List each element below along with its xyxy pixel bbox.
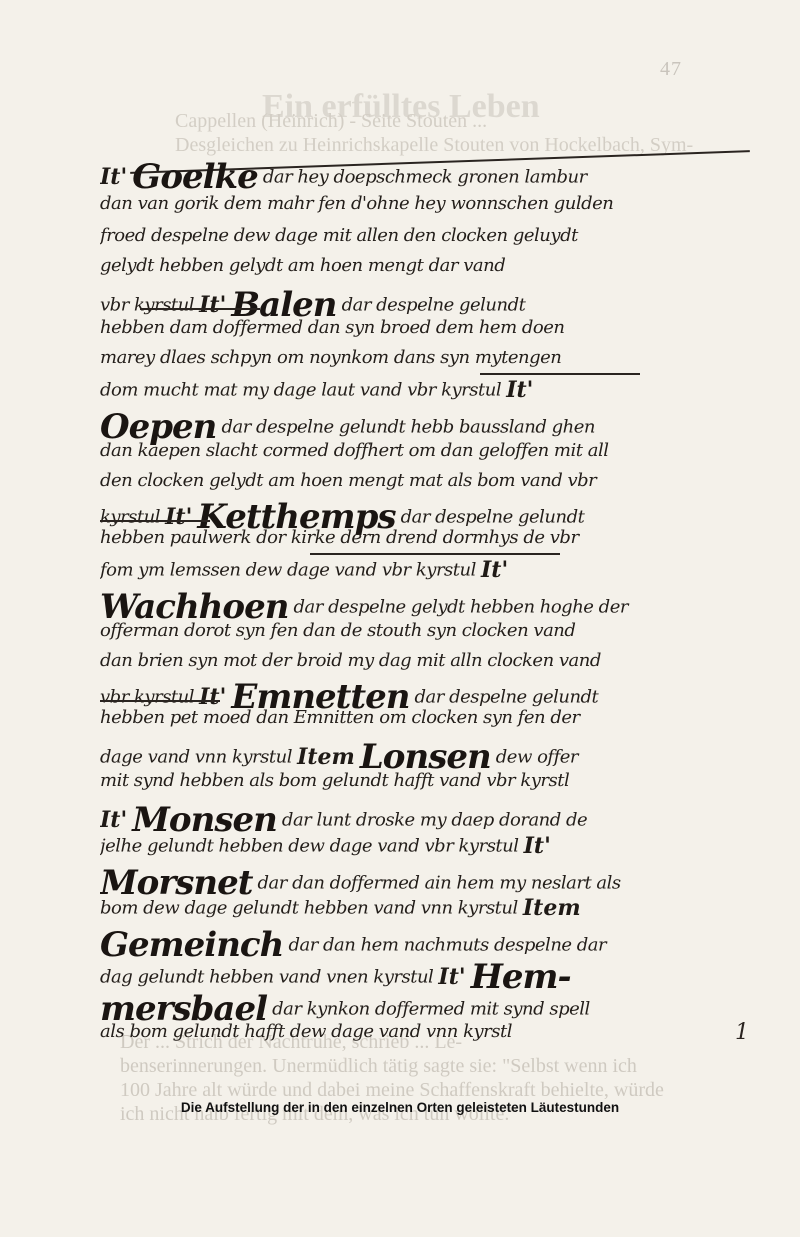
manuscript-text: gelydt hebben gelydt am hoen mengt dar v…	[100, 255, 505, 276]
item-marker: It'	[481, 557, 508, 583]
manuscript-text: mit synd hebben als bom gelundt hafft va…	[100, 770, 569, 791]
manuscript-text: hebben pet moed dan Emnitten om clocken …	[100, 707, 580, 728]
item-marker: It'	[100, 164, 127, 190]
underline-rule	[100, 700, 220, 702]
manuscript-text: den clocken gelydt am hoen mengt mat als…	[100, 470, 596, 491]
manuscript-text: dew offer	[496, 747, 578, 768]
manuscript-line: It' Goelke dar hey doepschmeck gronen la…	[100, 157, 780, 197]
figure-caption: Die Aufstellung der in den einzelnen Ort…	[0, 1100, 800, 1115]
manuscript-text: dar dan doffermed ain hem my neslart als	[258, 873, 621, 894]
manuscript-text: dar despelne gelundt	[342, 295, 526, 316]
item-marker: It'	[100, 807, 127, 833]
manuscript-text: dage vand vnn kyrstul	[100, 747, 292, 768]
item-marker: It'	[438, 964, 465, 990]
manuscript-line: als bom gelundt hafft dew dage vand vnn …	[100, 1021, 780, 1061]
manuscript-text: dar kynkon doffermed mit synd spell	[272, 999, 590, 1020]
item-marker: It'	[506, 377, 533, 403]
item-marker: It'	[199, 292, 226, 318]
manuscript-text: dar despelne gelundt	[415, 687, 599, 708]
margin-numeral: 1	[735, 1020, 749, 1045]
manuscript-text: dag gelundt hebben vand vnen kyrstul	[100, 967, 433, 988]
place-name-goelke: Goelke	[132, 157, 257, 197]
manuscript-text: dar lunt droske my daep dorand de	[282, 810, 587, 831]
manuscript-text: hebben dam doffermed dan syn broed dem h…	[100, 317, 564, 338]
manuscript-text: dar despelne gelundt	[401, 507, 585, 528]
manuscript-text: dan van gorik dem mahr fen d'ohne hey wo…	[100, 193, 613, 214]
manuscript-text: bom dew dage gelundt hebben vand vnn kyr…	[100, 898, 518, 919]
item-marker: It'	[524, 833, 551, 859]
manuscript-text: marey dlaes schpyn om noynkom dans syn m…	[100, 347, 561, 368]
manuscript-text: dar hey doepschmeck gronen lambur	[263, 167, 587, 188]
bleed-line: 100 Jahre alt würde und dabei meine Scha…	[120, 1078, 720, 1102]
manuscript-text: dan brien syn mot der broid my dag mit a…	[100, 650, 601, 671]
manuscript-text: offerman dorot syn fen dan de stouth syn…	[100, 620, 575, 641]
underline-rule	[100, 520, 210, 522]
manuscript-text: dom mucht mat my dage laut vand vbr kyrs…	[100, 380, 501, 401]
manuscript-text: dar dan hem nachmuts despelne dar	[288, 935, 606, 956]
manuscript-text: vbr kyrstul	[100, 295, 194, 316]
manuscript-text: hebben paulwerk dor kirke dern drend dor…	[100, 527, 579, 548]
item-marker: Item	[297, 744, 355, 770]
manuscript-text: vbr kyrstul	[100, 687, 194, 708]
item-marker: Item	[523, 895, 581, 921]
manuscript-text: dar despelne gelundt hebb baussland ghen	[221, 417, 595, 438]
manuscript-text: fom ym lemssen dew dage vand vbr kyrstul	[100, 560, 476, 581]
underline-rule	[140, 308, 260, 310]
manuscript-text: jelhe gelundt hebben dew dage vand vbr k…	[100, 836, 519, 857]
page-number: 47	[660, 58, 682, 81]
manuscript-text: dar despelne gelydt hebben hoghe der	[294, 597, 628, 618]
underline-rule	[310, 553, 560, 555]
manuscript-text: kyrstul	[100, 507, 160, 528]
manuscript-text: als bom gelundt hafft dew dage vand vnn …	[100, 1021, 512, 1042]
underline-rule	[480, 373, 640, 375]
manuscript-text: dan kaepen slacht cormed doffhert om dan…	[100, 440, 608, 461]
handwritten-manuscript: It' Goelke dar hey doepschmeck gronen la…	[100, 95, 780, 1055]
manuscript-text: froed despelne dew dage mit allen den cl…	[100, 225, 578, 246]
